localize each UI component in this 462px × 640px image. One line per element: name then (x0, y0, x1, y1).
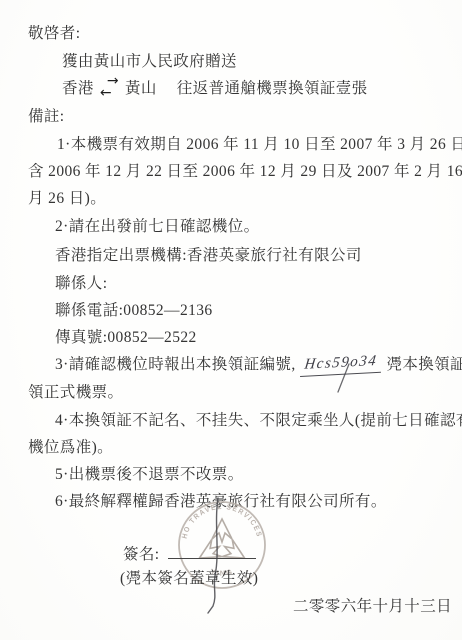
route-from: 香港 (62, 79, 94, 99)
signature-label: 簽名: (123, 545, 160, 565)
phone-line: 聯係電話:00852—2136 (55, 301, 213, 321)
note2-line: 2·請在出發前七日確認機位。 (55, 217, 260, 237)
salutation-line: 敬啓者: (28, 24, 80, 44)
scanned-voucher-letter: 敬啓者: 獲由黃山市人民政府贈送 香港 → ← 黃山 往返普通艙機票換領証壹張 … (0, 0, 462, 640)
notes-label: 備註: (28, 107, 65, 127)
note4-line1: 4·本換領証不記名、不挂失、不限定乘坐人(提前七日確認有 (55, 411, 462, 431)
signature-row: 簽名: (123, 543, 256, 565)
note1-line3: 月 26 日)。 (28, 189, 106, 209)
gift-line: 獲由黃山市人民政府贈送 (62, 52, 237, 72)
note4-line2: 機位爲准)。 (28, 438, 113, 458)
arrow-left-icon: ← (100, 88, 119, 98)
route-ticket-desc: 往返普通艙機票換領証壹張 (177, 79, 368, 99)
note1-line2: 含 2006 年 12 月 22 日至 2006 年 12 月 29 日及 20… (28, 162, 462, 182)
note3-suffix: 凴本換領証 (386, 355, 462, 375)
signature-line (168, 543, 256, 559)
note5-line: 5·出機票後不退票不改票。 (55, 465, 244, 485)
route-to: 黃山 (125, 79, 157, 99)
note1-line1: 1·本機票有效期自 2006 年 11 月 10 日至 2007 年 3 月 2… (57, 135, 462, 155)
note3-cont-line: 領正式機票。 (28, 383, 123, 403)
signature-note: (凴本簽名蓋章生效) (120, 569, 258, 589)
date-line: 二零零六年十月十三日 (293, 597, 452, 617)
pen-tail-stroke (330, 362, 354, 396)
fax-line: 傳真號:00852—2522 (55, 328, 197, 348)
agency-line: 香港指定出票機構:香港英豪旅行社有限公司 (55, 246, 362, 266)
note3-prefix: 3·請確認機位時報出本換領証編號, (55, 355, 296, 375)
note3-line: 3·請確認機位時報出本換領証編號, Hcs59o34 凴本換領証 (55, 355, 462, 377)
round-trip-arrows-icon: → ← (100, 79, 119, 99)
route-line: 香港 → ← 黃山 往返普通艙機票換領証壹張 (62, 79, 368, 99)
contact-label: 聯係人: (55, 274, 107, 294)
